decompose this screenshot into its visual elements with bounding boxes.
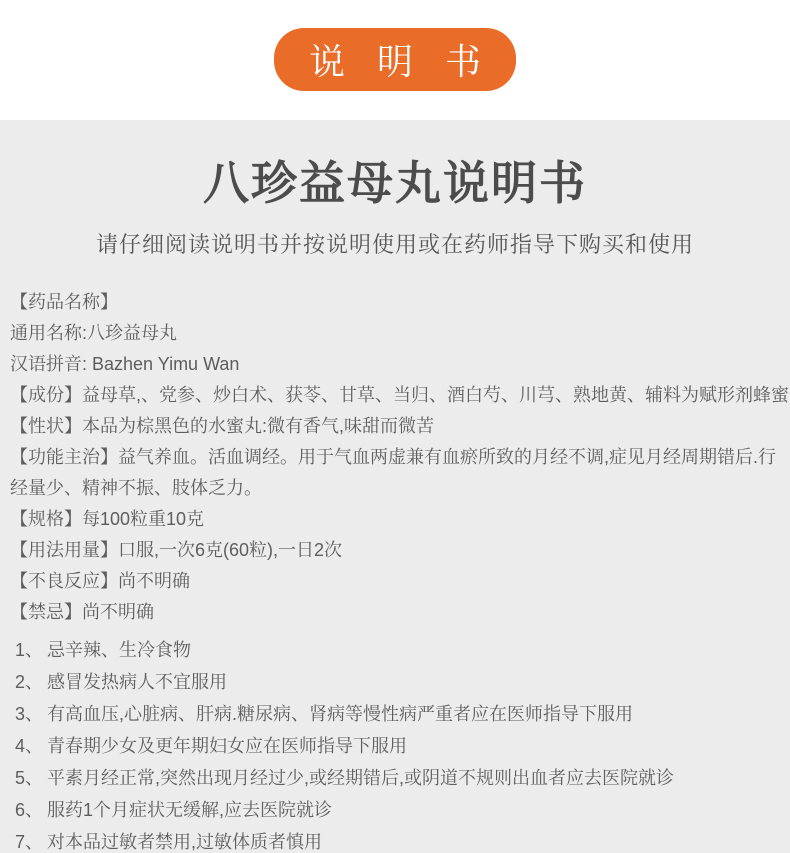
precaution-item: 2、 感冒发热病人不宜服用 (15, 666, 782, 698)
page-subtitle: 请仔细阅读说明书并按说明使用或在药师指导下购买和使用 (0, 228, 790, 259)
medicine-instruction-sheet: 说 明 书 八珍益母丸说明书 请仔细阅读说明书并按说明使用或在药师指导下购买和使… (0, 0, 790, 853)
sheet-body: 八珍益母丸说明书 请仔细阅读说明书并按说明使用或在药师指导下购买和使用 【药品名… (0, 120, 790, 853)
spec-line-indications: 【功能主治】益气养血。活血调经。用于气血两虚兼有血瘀所致的月经不调,症见月经周期… (10, 442, 780, 504)
precaution-number: 5、 (15, 762, 47, 794)
precaution-number: 6、 (15, 794, 47, 826)
precaution-text: 对本品过敏者禁用,过敏体质者慎用 (47, 826, 782, 853)
spec-line-dosage: 【用法用量】口服,一次6克(60粒),一日2次 (10, 535, 780, 566)
precaution-item: 6、 服药1个月症状无缓解,应去医院就诊 (15, 794, 782, 826)
spec-line-specification: 【规格】每100粒重10克 (10, 504, 780, 535)
spec-line-characteristics: 【性状】本品为棕黑色的水蜜丸:微有香气,味甜而微苦 (10, 411, 780, 442)
spec-line-pinyin: 汉语拼音: Bazhen Yimu Wan (10, 349, 780, 380)
precaution-text: 有高血压,心脏病、肝病.糖尿病、肾病等慢性病严重者应在医师指导下服用 (47, 698, 782, 730)
precaution-text: 服药1个月症状无缓解,应去医院就诊 (47, 794, 782, 826)
instruction-badge-label: 说 明 书 (298, 34, 492, 85)
header-band: 说 明 书 (0, 0, 790, 120)
instruction-badge: 说 明 书 (274, 28, 516, 91)
spec-lines: 【药品名称】 通用名称:八珍益母丸 汉语拼音: Bazhen Yimu Wan … (0, 287, 790, 628)
precaution-item: 1、 忌辛辣、生冷食物 (15, 634, 782, 666)
precaution-text: 青春期少女及更年期妇女应在医师指导下服用 (47, 730, 782, 762)
precaution-number: 3、 (15, 698, 47, 730)
spec-line-drug-name-label: 【药品名称】 (10, 287, 780, 318)
page-title: 八珍益母丸说明书 (0, 160, 790, 206)
precaution-item: 3、 有高血压,心脏病、肝病.糖尿病、肾病等慢性病严重者应在医师指导下服用 (15, 698, 782, 730)
precaution-text: 平素月经正常,突然出现月经过少,或经期错后,或阴道不规则出血者应去医院就诊 (47, 762, 782, 794)
precaution-number: 1、 (15, 634, 47, 666)
precaution-item: 4、 青春期少女及更年期妇女应在医师指导下服用 (15, 730, 782, 762)
spec-line-contraindications: 【禁忌】尚不明确 (10, 597, 780, 628)
precaution-number: 2、 (15, 666, 47, 698)
precaution-list: 1、 忌辛辣、生冷食物 2、 感冒发热病人不宜服用 3、 有高血压,心脏病、肝病… (0, 634, 790, 853)
precaution-number: 7、 (15, 826, 47, 853)
spec-line-ingredients: 【成份】益母草,、党参、炒白术、获苓、甘草、当归、酒白芍、川芎、熟地黄、辅料为赋… (10, 380, 780, 411)
spec-line-generic-name: 通用名称:八珍益母丸 (10, 318, 780, 349)
precaution-item: 7、 对本品过敏者禁用,过敏体质者慎用 (15, 826, 782, 853)
precaution-number: 4、 (15, 730, 47, 762)
precaution-item: 5、 平素月经正常,突然出现月经过少,或经期错后,或阴道不规则出血者应去医院就诊 (15, 762, 782, 794)
precaution-text: 感冒发热病人不宜服用 (47, 666, 782, 698)
precaution-text: 忌辛辣、生冷食物 (47, 634, 782, 666)
spec-line-adverse-reactions: 【不良反应】尚不明确 (10, 566, 780, 597)
